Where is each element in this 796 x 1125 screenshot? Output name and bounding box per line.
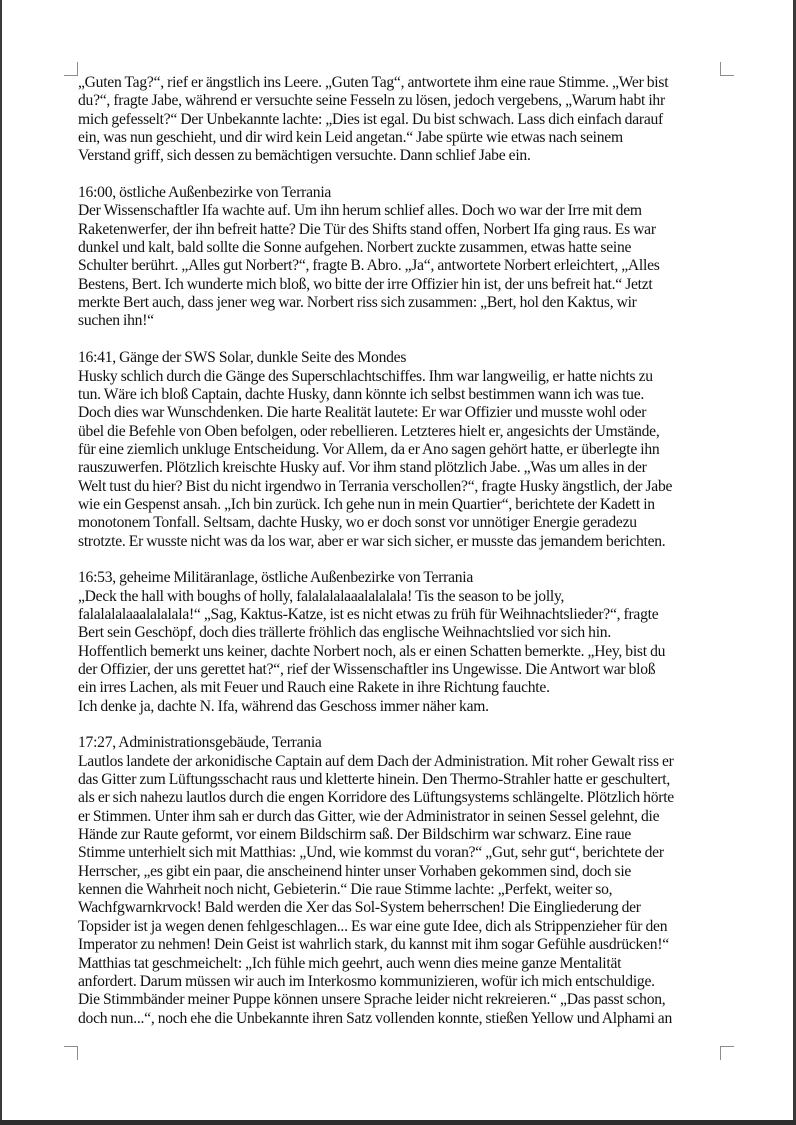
- paragraph-line: Hoffentlich bemerkt uns keiner, dachte N…: [78, 643, 728, 661]
- paragraph-line: mich gefesselt?“ Der Unbekannte lachte: …: [78, 111, 728, 129]
- text-boundary-corner-bottom-left-icon: [64, 1046, 78, 1060]
- document-section: „Guten Tag?“, rief er ängstlich ins Leer…: [78, 74, 728, 166]
- paragraph-line: als er sich nahezu lautlos durch die eng…: [78, 789, 728, 807]
- paragraph-line: dunkel und kalt, bald sollte die Sonne a…: [78, 239, 728, 257]
- section-heading: 16:41, Gänge der SWS Solar, dunkle Seite…: [78, 349, 728, 367]
- paragraph-line: Wachfgwarnkrvock! Bald werden die Xer da…: [78, 899, 728, 917]
- document-text-body[interactable]: „Guten Tag?“, rief er ängstlich ins Leer…: [78, 74, 728, 1046]
- section-heading: 16:53, geheime Militäranlage, östliche A…: [78, 569, 728, 587]
- paragraph-line: Schulter berührt. „Alles gut Norbert?“, …: [78, 257, 728, 275]
- paragraph-line: kennen die Wahrheit noch nicht, Gebieter…: [78, 881, 728, 899]
- paragraph-line: suchen ihn!“: [78, 312, 728, 330]
- paragraph-line: merkte Bert auch, dass jener weg war. No…: [78, 294, 728, 312]
- paragraph-line: Bestens, Bert. Ich wunderte mich bloß, w…: [78, 276, 728, 294]
- paragraph-line: tun. Wäre ich bloß Captain, dachte Husky…: [78, 386, 728, 404]
- text-boundary-corner-top-left-icon: [64, 62, 78, 76]
- paragraph-line: Imperator zu nehmen! Dein Geist ist wahr…: [78, 936, 728, 954]
- paragraph-line: Stimme unterhielt sich mit Matthias: „Un…: [78, 844, 728, 862]
- document-section: 16:41, Gänge der SWS Solar, dunkle Seite…: [78, 349, 728, 551]
- paragraph-line: übel die Befehle von Oben befolgen, oder…: [78, 423, 728, 441]
- paragraph-line: Lautlos landete der arkonidische Captain…: [78, 753, 728, 771]
- paragraph-line: doch nun...“, noch ehe die Unbekannte ih…: [78, 1010, 728, 1028]
- paragraph-line: Husky schlich durch die Gänge des Supers…: [78, 368, 728, 386]
- paragraph-line: strotzte. Er wusste nicht was da los war…: [78, 533, 728, 551]
- paragraph-line: anfordert. Darum müssen wir auch im Inte…: [78, 973, 728, 991]
- paragraph-line: Verstand griff, sich dessen zu bemächtig…: [78, 147, 728, 165]
- document-section: 16:53, geheime Militäranlage, östliche A…: [78, 569, 728, 716]
- paragraph-line: Bert sein Geschöpf, doch dies trällerte …: [78, 624, 728, 642]
- paragraph-line: wie ein Gespenst ansah. „Ich bin zurück.…: [78, 496, 728, 514]
- paragraph-line: für eine ziemlich unkluge Entscheidung. …: [78, 441, 728, 459]
- paragraph-line: ein, was nun geschieht, und dir wird kei…: [78, 129, 728, 147]
- paragraph-line: Die Stimmbänder meiner Puppe können unse…: [78, 991, 728, 1009]
- section-heading: 17:27, Administrationsgebäude, Terrania: [78, 734, 728, 752]
- paragraph-line: falalalalaaalalalala!“ „Sag, Kaktus-Katz…: [78, 606, 728, 624]
- paragraph-line: rauszuwerfen. Plötzlich kreischte Husky …: [78, 459, 728, 477]
- window-edge-left: [0, 0, 2, 1125]
- document-page: „Guten Tag?“, rief er ängstlich ins Leer…: [0, 0, 796, 1125]
- paragraph-line: Welt tust du hier? Bist du nicht irgendw…: [78, 478, 728, 496]
- paragraph-line: Der Wissenschaftler Ifa wachte auf. Um i…: [78, 202, 728, 220]
- paragraph-line: Ich denke ja, dachte N. Ifa, während das…: [78, 698, 728, 716]
- paragraph-line: der Offizier, der uns gerettet hat?“, ri…: [78, 661, 728, 679]
- section-heading: 16:00, östliche Außenbezirke von Terrani…: [78, 184, 728, 202]
- paragraph-line: „Deck the hall with boughs of holly, fal…: [78, 588, 728, 606]
- paragraph-line: du?“, fragte Jabe, während er versuchte …: [78, 92, 728, 110]
- paragraph-line: Matthias tat geschmeichelt: „Ich fühle m…: [78, 955, 728, 973]
- paragraph-line: Doch dies war Wunschdenken. Die harte Re…: [78, 404, 728, 422]
- paragraph-line: Raketenwerfer, der ihn befreit hatte? Di…: [78, 221, 728, 239]
- paragraph-line: „Guten Tag?“, rief er ängstlich ins Leer…: [78, 74, 728, 92]
- paragraph-line: er Stimmen. Unter ihm sah er durch das G…: [78, 808, 728, 826]
- window-edge-bottom: [0, 1120, 796, 1125]
- paragraph-line: Hände zur Raute geformt, vor einem Bilds…: [78, 826, 728, 844]
- paragraph-line: Topsider ist ja wegen denen fehlgeschlag…: [78, 918, 728, 936]
- paragraph-line: ein irres Lachen, als mit Feuer und Rauc…: [78, 679, 728, 697]
- paragraph-line: das Gitter zum Lüftungsschacht raus und …: [78, 771, 728, 789]
- document-section: 16:00, östliche Außenbezirke von Terrani…: [78, 184, 728, 331]
- paragraph-line: Herrscher, „es gibt ein paar, die ansche…: [78, 863, 728, 881]
- document-section: 17:27, Administrationsgebäude, TerraniaL…: [78, 734, 728, 1028]
- paragraph-line: monotonem Tonfall. Seltsam, dachte Husky…: [78, 514, 728, 532]
- text-boundary-corner-bottom-right-icon: [720, 1046, 734, 1060]
